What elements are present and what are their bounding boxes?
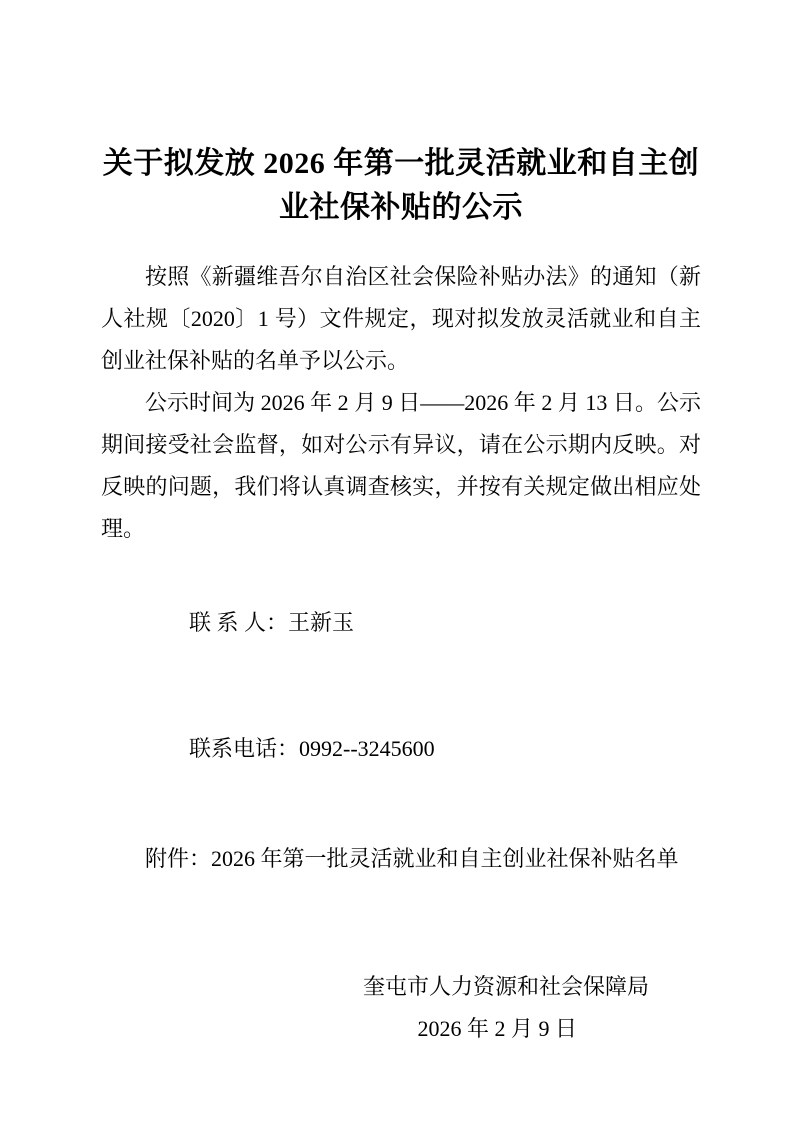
contact-person-label: 联 系 人 [189, 610, 266, 635]
document-page: 关于拟发放 2026 年第一批灵活就业和自主创业社保补贴的公示 按照《新疆维吾尔… [0, 0, 793, 1122]
attachment-line: 附件：2026 年第一批灵活就业和自主创业社保补贴名单 [101, 838, 701, 880]
contact-person-colon: ： [266, 610, 288, 635]
contact-phone-line: 联系电话：0992--3245600 [101, 686, 701, 812]
paragraph-basis: 按照《新疆维吾尔自治区社会保险补贴办法》的通知（新人社规〔2020〕1 号）文件… [101, 256, 701, 382]
contact-phone-label: 联系电话 [189, 736, 277, 761]
issue-date: 2026 年 2 月 9 日 [101, 1008, 701, 1050]
paragraph-publicity-period: 公示时间为 2026 年 2 月 9 日——2026 年 2 月 13 日。公示… [101, 382, 701, 550]
contact-phone-colon: ： [277, 736, 299, 761]
contact-person-value: 王新玉 [288, 610, 354, 635]
contact-block: 联 系 人：王新玉 联系电话：0992--3245600 [101, 560, 701, 812]
issuer-name: 奎屯市人力资源和社会保障局 [101, 966, 701, 1008]
contact-phone-value: 0992--3245600 [299, 736, 435, 761]
document-title: 关于拟发放 2026 年第一批灵活就业和自主创业社保补贴的公示 [101, 142, 701, 230]
contact-person-line: 联 系 人：王新玉 [101, 560, 701, 686]
document-content: 关于拟发放 2026 年第一批灵活就业和自主创业社保补贴的公示 按照《新疆维吾尔… [101, 0, 701, 1050]
